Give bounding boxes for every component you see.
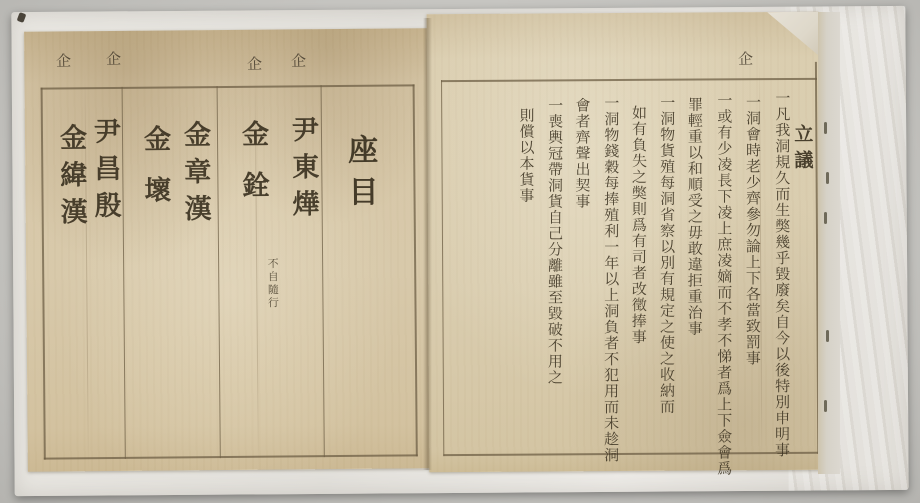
collation-mark-icon: 企	[106, 48, 122, 70]
rule-column-5: 一洞物貨殖每洞省察以別有規定之使之收納而	[657, 95, 678, 415]
rule-column-2: 一洞會時老少齊參勿論上下各當致罰事	[743, 94, 764, 366]
roster-name-1: 尹東燁	[283, 115, 323, 226]
roster-title: 座目	[337, 134, 382, 218]
roster-name-1-note: 不自隨行	[264, 258, 280, 310]
rule-column-3: 一或有少凌長下凌上庶凌嫡而不孝不悌者爲上下僉會爲	[714, 92, 735, 476]
roster-name-4: 金壞	[135, 124, 175, 226]
binding-stitch	[824, 212, 827, 224]
roster-name-6: 金緯漢	[51, 123, 91, 234]
roster-name-2: 金銓	[233, 120, 273, 222]
collation-mark-icon: 企	[56, 50, 72, 72]
collation-mark-icon: 企	[247, 53, 263, 75]
rule-column-6: 如有負失之獘則爲有司者改徵捧事	[629, 105, 650, 345]
rule-column-1: 一凡我洞規久而生獘幾乎毀廢矣自今以後特別申明事	[772, 90, 793, 458]
page-gutter-shadow	[423, 18, 432, 470]
left-page: 座目 尹東燁 不自隨行 金銓 金章漢 金壞 尹昌殷 金緯漢	[24, 28, 432, 472]
rule-column-8: 會者齊聲出契事	[572, 97, 593, 209]
photo-backdrop: 座目 尹東燁 不自隨行 金銓 金章漢 金壞 尹昌殷 金緯漢 立議 一凡我洞規久而…	[0, 0, 920, 503]
binding-stitch	[824, 122, 827, 134]
rule-column-10: 則償以本貨事	[516, 108, 537, 204]
rule-column-4: 罪輕重以和順受之毋敢違拒重治事	[685, 97, 706, 337]
binding-spine	[818, 12, 840, 474]
rule-column-7: 一洞物錢穀每捧殖利一年以上洞負者不犯用而未趁洞	[601, 95, 622, 463]
roster-name-5: 尹昌殷	[85, 117, 125, 228]
binding-stitch	[824, 400, 827, 412]
right-page: 立議 一凡我洞規久而生獘幾乎毀廢矣自今以後特別申明事 一洞會時老少齊參勿論上下各…	[427, 12, 822, 472]
roster-name-3: 金章漢	[175, 120, 215, 231]
collation-mark-icon: 企	[291, 50, 307, 72]
rule-column-9: 一喪輿冠帶洞貨自己分離雖至毀破不用之	[545, 97, 566, 385]
collation-mark-icon: 企	[738, 48, 754, 70]
binding-stitch	[826, 330, 829, 342]
binding-stitch	[826, 172, 829, 184]
compact-title: 立議	[789, 124, 816, 176]
